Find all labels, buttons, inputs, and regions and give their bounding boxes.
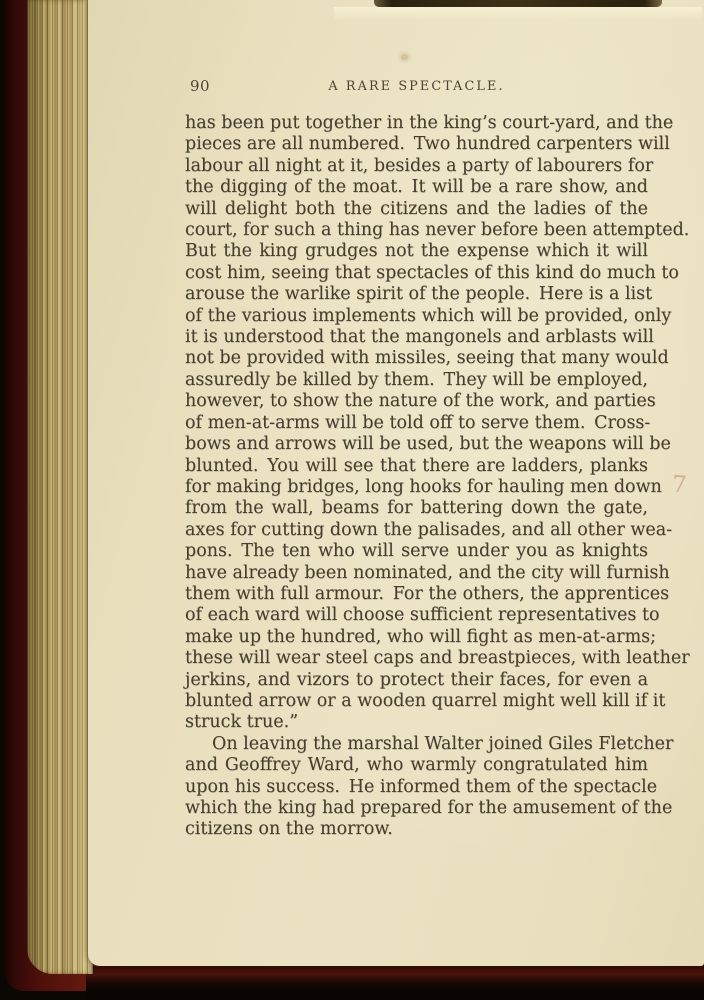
text-line: arouse the warlike spirit of the people.… [185,284,648,305]
text-line: upon his success. He informed them of th… [185,777,648,798]
body-text: has been put together in the king’s cour… [185,113,648,841]
book-bottom-shadow [86,966,704,1000]
running-header: A RARE SPECTACLE. [328,79,504,94]
text-line: blunted. You will see that there are lad… [185,456,648,477]
text-line: jerkins, and vizors to protect their fac… [185,670,648,691]
text-line: it is understood that the mangonels and … [185,327,648,348]
text-line: have already been nominated, and the cit… [185,563,648,584]
page-header: 90 A RARE SPECTACLE. [185,77,648,98]
page-edges [27,0,93,974]
text-line: pieces are all numbered. Two hundred car… [185,134,648,155]
text-line: citizens on the morrow. [185,819,648,840]
page-number: 90 [190,77,210,95]
text-line: axes for cutting down the palisades, and… [185,520,648,541]
top-edge-shadow [374,0,662,7]
text-line: of each ward will choose sufficient repr… [185,605,648,626]
text-line: and Geoffrey Ward, who warmly congratula… [185,755,648,776]
text-line: of the various implements which will be … [185,306,648,327]
text-line: the digging of the moat. It will be a ra… [185,177,648,198]
text-line: them with full armour. For the others, t… [185,584,648,605]
text-line: which the king had prepared for the amus… [185,798,648,819]
text-line: struck true.” [185,712,648,733]
text-line: will delight both the citizens and the l… [185,199,648,220]
text-line: But the king grudges not the expense whi… [185,241,648,262]
text-line: assuredly be killed by them. They will b… [185,370,648,391]
text-line: court, for such a thing has never before… [185,220,648,241]
text-line: of men-at-arms will be told off to serve… [185,413,648,434]
text-line: cost him, seeing that spectacles of this… [185,263,648,284]
text-line: not be provided with missiles, seeing th… [185,348,648,369]
text-line: On leaving the marshal Walter joined Gil… [185,734,648,755]
text-line: these will wear steel caps and breastpie… [185,648,648,669]
text-line: blunted arrow or a wooden quarrel might … [185,691,648,712]
book-page: 90 A RARE SPECTACLE. has been put togeth… [88,0,704,966]
text-line: however, to show the nature of the work,… [185,391,648,412]
text-line: pons. The ten who will serve under you a… [185,541,648,562]
book-photo: 90 A RARE SPECTACLE. has been put togeth… [0,0,704,1000]
text-line: make up the hundred, who will fight as m… [185,627,648,648]
text-line: from the wall, beams for battering down … [185,498,648,519]
text-line: has been put together in the king’s cour… [185,113,648,134]
foxing-spot [401,54,408,60]
margin-mark: 7 [671,472,687,499]
text-line: bows and arrows will be used, but the we… [185,434,648,455]
page-content: 90 A RARE SPECTACLE. has been put togeth… [185,77,648,841]
text-line: labour all night at it, besides a party … [185,156,648,177]
text-line: for making bridges, long hooks for hauli… [185,477,648,498]
